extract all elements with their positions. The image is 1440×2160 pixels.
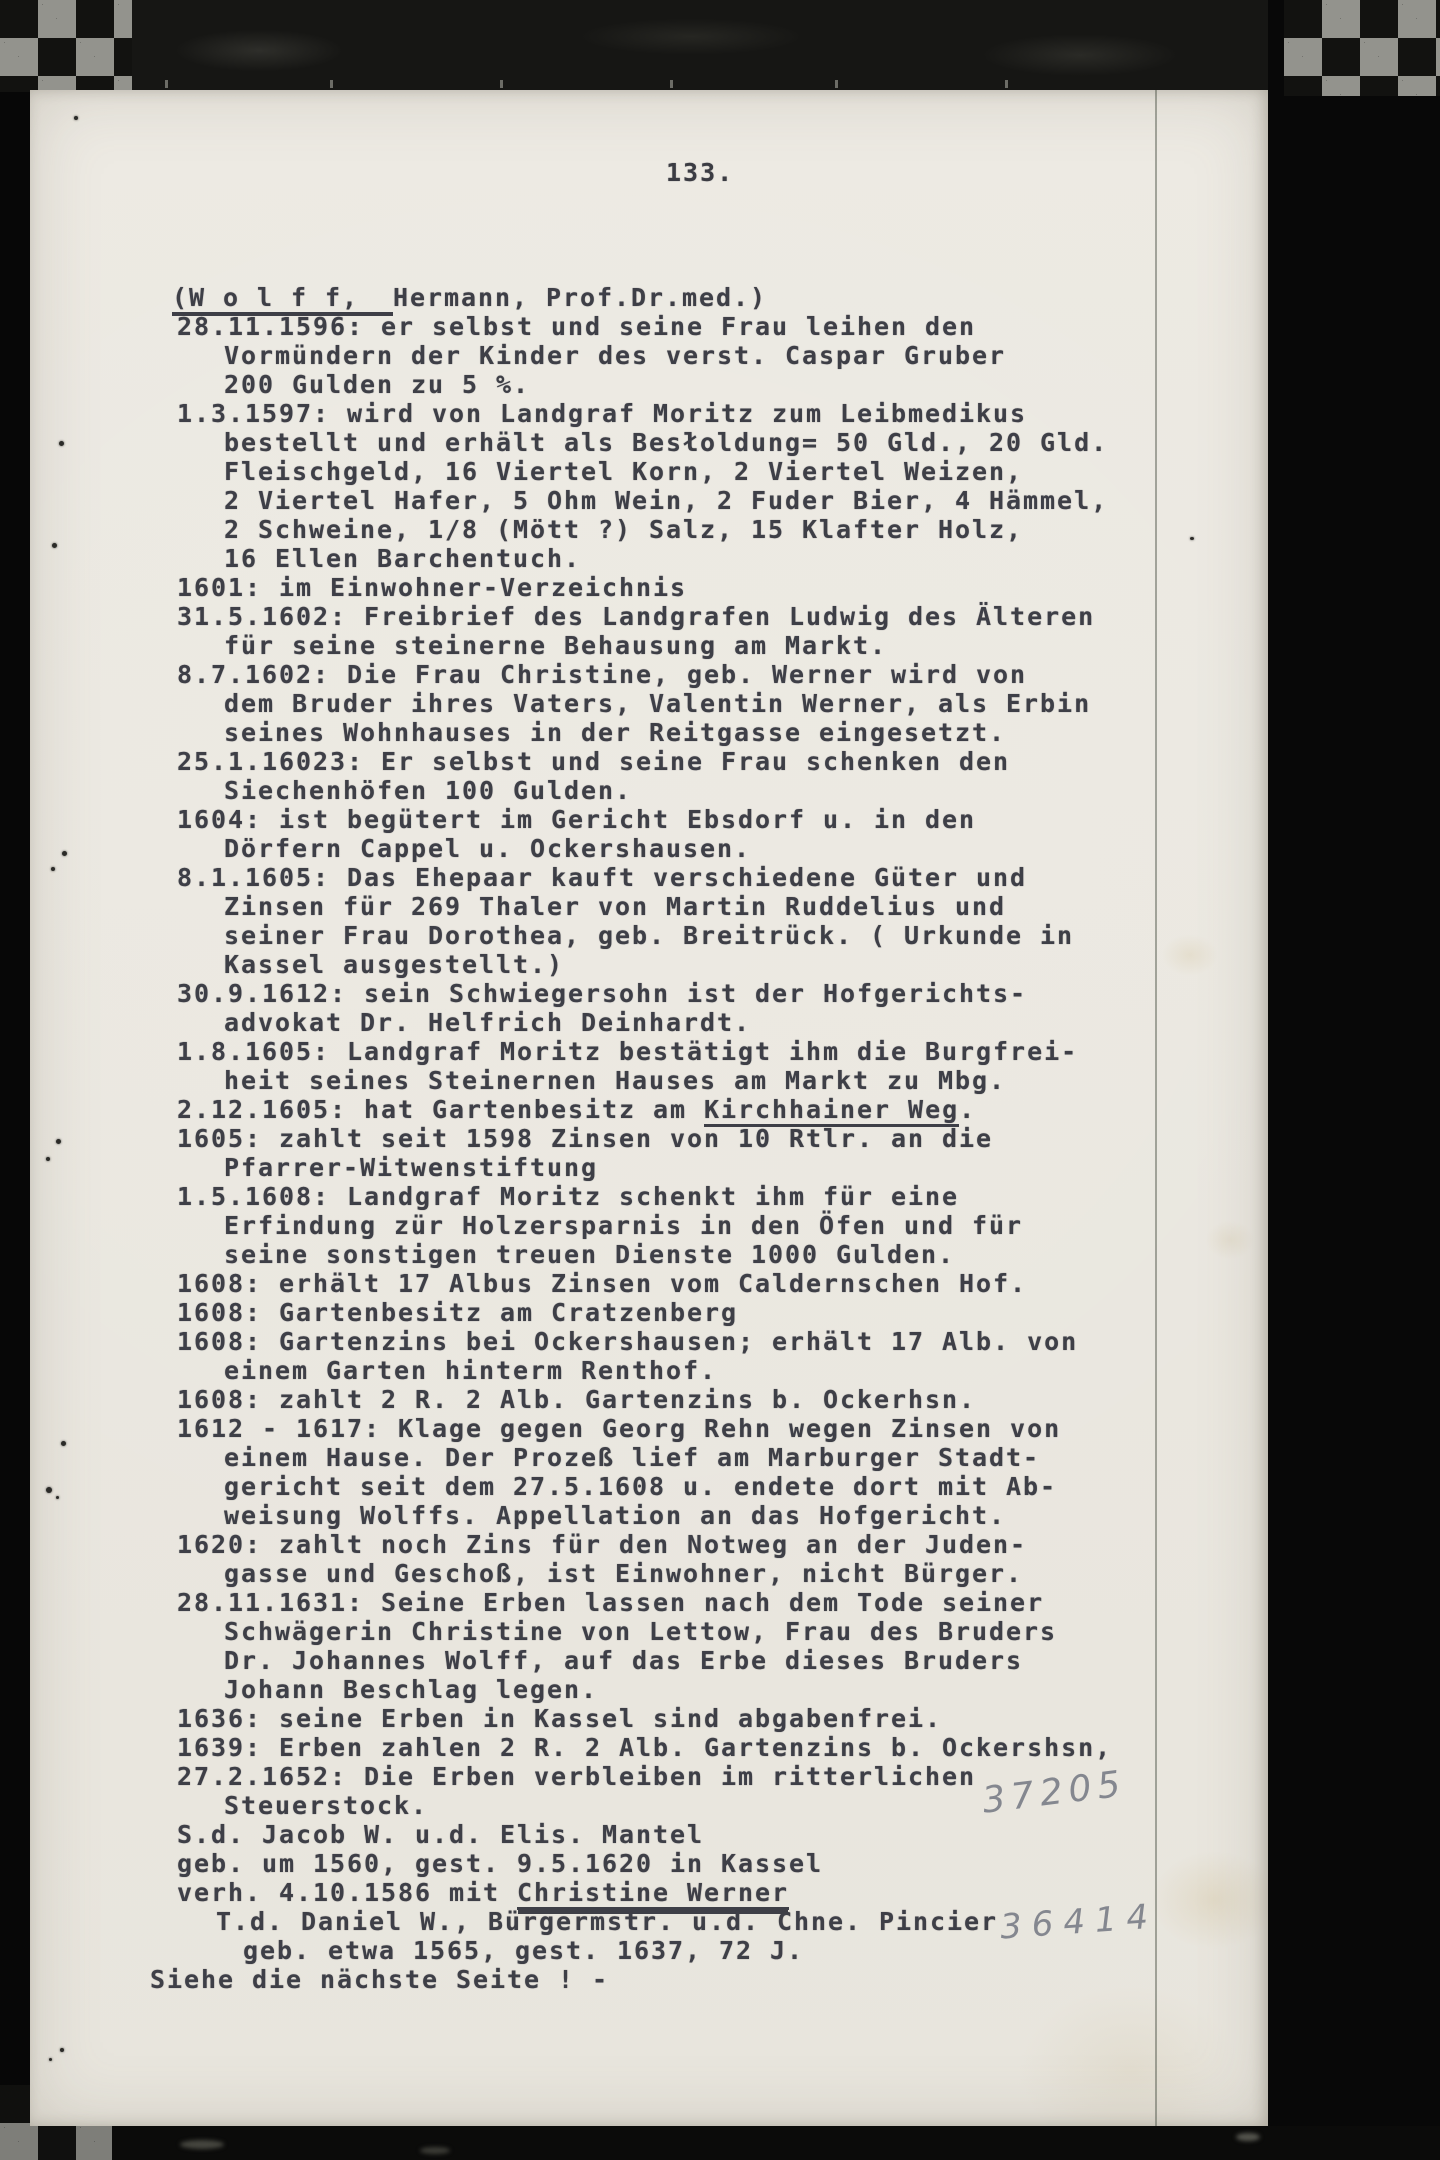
text-line: 1608: zahlt 2 R. 2 Alb. Gartenzins b. Oc… xyxy=(0,1385,1268,1414)
film-tick-mark xyxy=(330,80,333,88)
typed-text: einem Hause. Der Prozeß lief am Marburge… xyxy=(224,1443,1040,1472)
typed-text: 1.8.1605: Landgraf Moritz bestätigt ihm … xyxy=(177,1037,1078,1066)
typed-text: Pfarrer-Witwenstiftung xyxy=(224,1153,598,1182)
text-line: Johann Beschlag legen. xyxy=(0,1675,1268,1704)
text-line: advokat Dr. Helfrich Deinhardt. xyxy=(0,1008,1268,1037)
typed-text: 30.9.1612: sein Schwiegersohn ist der Ho… xyxy=(177,979,1027,1008)
text-line: 16 Ellen Barchentuch. xyxy=(0,544,1268,573)
film-tick-mark xyxy=(1005,80,1008,88)
typed-text: bestellt und erhält als Besłoldung= 50 G… xyxy=(224,428,1108,457)
film-smudge xyxy=(1236,2133,1260,2141)
typed-text: Erfindung zür Holzersparnis in den Öfen … xyxy=(224,1211,1023,1240)
text-line: geb. um 1560, gest. 9.5.1620 in Kassel xyxy=(0,1849,1268,1878)
text-line: seiner Frau Dorothea, geb. Breitrück. ( … xyxy=(0,921,1268,950)
typed-text: 1.3.1597: wird von Landgraf Moritz zum L… xyxy=(177,399,1027,428)
typed-text: einem Garten hinterm Renthof. xyxy=(224,1356,717,1385)
text-line: 1639: Erben zahlen 2 R. 2 Alb. Gartenzin… xyxy=(0,1733,1268,1762)
typed-text: Dörfern Cappel u. Ockershausen. xyxy=(224,834,751,863)
text-line: 1604: ist begütert im Gericht Ebsdorf u.… xyxy=(0,805,1268,834)
text-line: Schwägerin Christine von Lettow, Frau de… xyxy=(0,1617,1268,1646)
typed-text: 2 Viertel Hafer, 5 Ohm Wein, 2 Fuder Bie… xyxy=(224,486,1108,515)
typed-text: Dr. Johannes Wolff, auf das Erbe dieses … xyxy=(224,1646,1023,1675)
text-line: 25.1.16023: Er selbst und seine Frau sch… xyxy=(0,747,1268,776)
typed-text: 1605: zahlt seit 1598 Zinsen von 10 Rtlr… xyxy=(177,1124,993,1153)
typed-text: advokat Dr. Helfrich Deinhardt. xyxy=(224,1008,751,1037)
typed-text: 1604: ist begütert im Gericht Ebsdorf u.… xyxy=(177,805,976,834)
typed-text: T.d. Daniel W., Bürgermstr. u.d. Chne. P… xyxy=(216,1907,998,1936)
text-line: Dr. Johannes Wolff, auf das Erbe dieses … xyxy=(0,1646,1268,1675)
typed-text: geb. um 1560, gest. 9.5.1620 in Kassel xyxy=(177,1849,823,1878)
text-line: Fleischgeld, 16 Viertel Korn, 2 Viertel … xyxy=(0,457,1268,486)
paper-speck xyxy=(60,2048,64,2052)
text-line: 8.7.1602: Die Frau Christine, geb. Werne… xyxy=(0,660,1268,689)
typed-text: seine sonstigen treuen Dienste 1000 Guld… xyxy=(224,1240,955,1269)
text-line: Siechenhöfen 100 Gulden. xyxy=(0,776,1268,805)
typed-text: 1608: Gartenzins bei Ockershausen; erhäl… xyxy=(177,1327,1078,1356)
text-line: 1.3.1597: wird von Landgraf Moritz zum L… xyxy=(0,399,1268,428)
typed-text: gasse und Geschoß, ist Einwohner, nicht … xyxy=(224,1559,1023,1588)
heading-line: (W o l f f, Hermann, Prof.Dr.med.) xyxy=(0,283,1268,312)
text-line: 1601: im Einwohner-Verzeichnis xyxy=(0,573,1268,602)
text-line: einem Garten hinterm Renthof. xyxy=(0,1356,1268,1385)
typed-text: gericht seit dem 27.5.1608 u. endete dor… xyxy=(224,1472,1057,1501)
typed-text: 1601: im Einwohner-Verzeichnis xyxy=(177,573,687,602)
text-line: 1605: zahlt seit 1598 Zinsen von 10 Rtlr… xyxy=(0,1124,1268,1153)
text-line: 1612 - 1617: Klage gegen Georg Rehn wege… xyxy=(0,1414,1268,1443)
text-line: 2 Schweine, 1/8 (Mött ?) Salz, 15 Klafte… xyxy=(0,515,1268,544)
text-line: 1.5.1608: Landgraf Moritz schenkt ihm fü… xyxy=(0,1182,1268,1211)
typed-text: Kassel ausgestellt.) xyxy=(224,950,564,979)
text-line: 1636: seine Erben in Kassel sind abgaben… xyxy=(0,1704,1268,1733)
typed-text: Johann Beschlag legen. xyxy=(224,1675,598,1704)
text-line: 31.5.1602: Freibrief des Landgrafen Ludw… xyxy=(0,602,1268,631)
typed-text: verh. 4.10.1586 mit xyxy=(177,1878,517,1907)
typed-text: geb. etwa 1565, gest. 1637, 72 J. xyxy=(243,1936,804,1965)
underlined-text: Christine Werner xyxy=(517,1878,789,1910)
paper-speck xyxy=(49,2058,52,2061)
text-line: gericht seit dem 27.5.1608 u. endete dor… xyxy=(0,1472,1268,1501)
typed-text: 1612 - 1617: Klage gegen Georg Rehn wege… xyxy=(177,1414,1061,1443)
scanned-page-photo: 133. (W o l f f, Hermann, Prof.Dr.med.)2… xyxy=(0,0,1440,2160)
text-line: Vormündern der Kinder des verst. Caspar … xyxy=(0,341,1268,370)
typed-text: seines Wohnhauses in der Reitgasse einge… xyxy=(224,718,1006,747)
typed-text: 8.1.1605: Das Ehepaar kauft verschiedene… xyxy=(177,863,1027,892)
typed-text: 31.5.1602: Freibrief des Landgrafen Ludw… xyxy=(177,602,1095,631)
text-line: 2 Viertel Hafer, 5 Ohm Wein, 2 Fuder Bie… xyxy=(0,486,1268,515)
film-right-band xyxy=(1268,0,1440,2160)
film-tick-mark xyxy=(835,80,838,88)
underlined-text: Kirchhainer Weg xyxy=(704,1095,959,1127)
typed-text: Fleischgeld, 16 Viertel Korn, 2 Viertel … xyxy=(224,457,1023,486)
typed-text: Siehe die nächste Seite ! - xyxy=(150,1965,609,1994)
typed-text: Hermann, Prof.Dr.med.) xyxy=(393,283,767,312)
text-line: dem Bruder ihres Vaters, Valentin Werner… xyxy=(0,689,1268,718)
text-line: 1608: Gartenzins bei Ockershausen; erhäl… xyxy=(0,1327,1268,1356)
paper-speck xyxy=(74,116,78,120)
typed-text: seiner Frau Dorothea, geb. Breitrück. ( … xyxy=(224,921,1074,950)
text-line: Erfindung zür Holzersparnis in den Öfen … xyxy=(0,1211,1268,1240)
typed-text: 16 Ellen Barchentuch. xyxy=(224,544,581,573)
text-line: 200 Gulden zu 5 %. xyxy=(0,370,1268,399)
text-line: seines Wohnhauses in der Reitgasse einge… xyxy=(0,718,1268,747)
typed-text: dem Bruder ihres Vaters, Valentin Werner… xyxy=(224,689,1091,718)
typed-text: 200 Gulden zu 5 %. xyxy=(224,370,530,399)
typed-text: Steuerstock. xyxy=(224,1791,428,1820)
text-line: Siehe die nächste Seite ! - xyxy=(0,1965,1268,1994)
typed-text: S.d. Jacob W. u.d. Elis. Mantel xyxy=(177,1820,704,1849)
film-top-band xyxy=(0,0,1440,92)
text-line: Kassel ausgestellt.) xyxy=(0,950,1268,979)
film-edge-checker xyxy=(1284,0,1440,96)
film-tick-mark xyxy=(500,80,503,88)
typed-text: für seine steinerne Behausung am Markt. xyxy=(224,631,887,660)
typed-text: 1608: zahlt 2 R. 2 Alb. Gartenzins b. Oc… xyxy=(177,1385,976,1414)
typed-text: . xyxy=(959,1095,976,1124)
typed-text: 28.11.1631: Seine Erben lassen nach dem … xyxy=(177,1588,1044,1617)
film-tick-mark xyxy=(165,80,168,88)
text-line: 30.9.1612: sein Schwiegersohn ist der Ho… xyxy=(0,979,1268,1008)
typed-text: 25.1.16023: Er selbst und seine Frau sch… xyxy=(177,747,1010,776)
text-line: gasse und Geschoß, ist Einwohner, nicht … xyxy=(0,1559,1268,1588)
text-line: seine sonstigen treuen Dienste 1000 Guld… xyxy=(0,1240,1268,1269)
typed-text: 2 Schweine, 1/8 (Mött ?) Salz, 15 Klafte… xyxy=(224,515,1023,544)
typed-text: 2.12.1605: hat Gartenbesitz am xyxy=(177,1095,704,1124)
text-line: 28.11.1596: er selbst und seine Frau lei… xyxy=(0,312,1268,341)
typed-text: 8.7.1602: Die Frau Christine, geb. Werne… xyxy=(177,660,1027,689)
typed-text: Siechenhöfen 100 Gulden. xyxy=(224,776,632,805)
typed-text: heit seines Steinernen Hauses am Markt z… xyxy=(224,1066,1006,1095)
film-smudge xyxy=(420,2147,450,2154)
typed-text: Vormündern der Kinder des verst. Caspar … xyxy=(224,341,1006,370)
typed-text: 1636: seine Erben in Kassel sind abgaben… xyxy=(177,1704,942,1733)
text-line: S.d. Jacob W. u.d. Elis. Mantel xyxy=(0,1820,1268,1849)
text-line: für seine steinerne Behausung am Markt. xyxy=(0,631,1268,660)
typed-text: 1.5.1608: Landgraf Moritz schenkt ihm fü… xyxy=(177,1182,959,1211)
typed-text: Zinsen für 269 Thaler von Martin Ruddeli… xyxy=(224,892,1006,921)
typed-text: 1608: Gartenbesitz am Cratzenberg xyxy=(177,1298,738,1327)
text-line: 8.1.1605: Das Ehepaar kauft verschiedene… xyxy=(0,863,1268,892)
text-line: 2.12.1605: hat Gartenbesitz am Kirchhain… xyxy=(0,1095,1268,1124)
typed-text: Schwägerin Christine von Lettow, Frau de… xyxy=(224,1617,1057,1646)
text-line: 1.8.1605: Landgraf Moritz bestätigt ihm … xyxy=(0,1037,1268,1066)
text-line: Dörfern Cappel u. Ockershausen. xyxy=(0,834,1268,863)
text-line: 1608: Gartenbesitz am Cratzenberg xyxy=(0,1298,1268,1327)
film-tick-mark xyxy=(670,80,673,88)
film-smudge xyxy=(180,2140,224,2149)
text-line: heit seines Steinernen Hauses am Markt z… xyxy=(0,1066,1268,1095)
entries-block: (W o l f f, Hermann, Prof.Dr.med.)28.11.… xyxy=(0,283,1268,1994)
text-line: Pfarrer-Witwenstiftung xyxy=(0,1153,1268,1182)
typed-text: weisung Wolffs. Appellation an das Hofge… xyxy=(224,1501,1006,1530)
text-line: einem Hause. Der Prozeß lief am Marburge… xyxy=(0,1443,1268,1472)
typed-text: 1639: Erben zahlen 2 R. 2 Alb. Gartenzin… xyxy=(177,1733,1112,1762)
typed-text: 28.11.1596: er selbst und seine Frau lei… xyxy=(177,312,976,341)
text-line: 1620: zahlt noch Zins für den Notweg an … xyxy=(0,1530,1268,1559)
text-line: bestellt und erhält als Besłoldung= 50 G… xyxy=(0,428,1268,457)
text-line: 1608: erhält 17 Albus Zinsen vom Caldern… xyxy=(0,1269,1268,1298)
page-number: 133. xyxy=(666,158,734,187)
typed-text: 27.2.1652: Die Erben verbleiben im ritte… xyxy=(177,1762,976,1791)
text-line: 28.11.1631: Seine Erben lassen nach dem … xyxy=(0,1588,1268,1617)
text-line: Zinsen für 269 Thaler von Martin Ruddeli… xyxy=(0,892,1268,921)
typed-text: 1608: erhält 17 Albus Zinsen vom Caldern… xyxy=(177,1269,1027,1298)
typed-text: 1620: zahlt noch Zins für den Notweg an … xyxy=(177,1530,1027,1559)
film-edge-checker xyxy=(0,0,132,92)
text-line: weisung Wolffs. Appellation an das Hofge… xyxy=(0,1501,1268,1530)
